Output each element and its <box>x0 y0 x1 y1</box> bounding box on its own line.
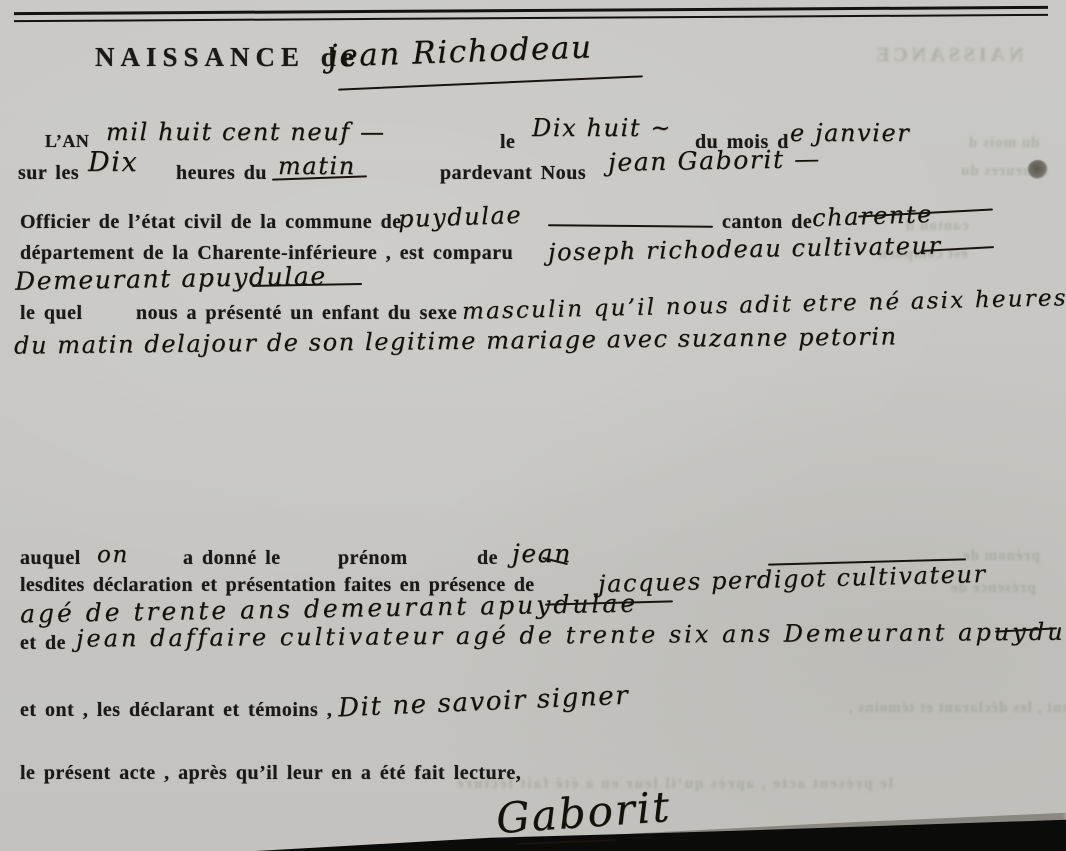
canton-label: canton de <box>722 211 812 234</box>
name-label-auquel: auquel <box>20 547 81 570</box>
form-title: NAISSANCE de <box>95 42 360 73</box>
hour-prefix-label: sur les <box>18 162 79 185</box>
hour-suffix-label: heures du <box>176 162 267 185</box>
commune-entry: puydulae <box>398 201 523 233</box>
title-underline <box>338 75 643 90</box>
commune-label: Officier de l’état civil de la commune d… <box>20 211 402 234</box>
child-sex-birth-entry: masculin qu’il nous adit etre né asix he… <box>462 285 1066 325</box>
closing-label: le présent acte , après qu’il leur en a … <box>20 762 521 785</box>
officiant-label: pardevant Nous <box>440 162 586 185</box>
witness2-entry: jean daffaire cultivateur agé de trente … <box>76 617 1066 652</box>
top-border-rule <box>14 6 1048 22</box>
child-label-lequel: le quel <box>20 302 83 325</box>
name-label-de: de <box>477 547 498 570</box>
commune-fill-line <box>548 224 713 227</box>
officiant-entry: jean Gaborit — <box>608 144 821 177</box>
bleed-through-text: NAISSANCE <box>872 44 1024 67</box>
signing-entry: Dit ne savoir signer <box>337 681 629 724</box>
signing-label: et ont , les déclarant et témoins , <box>20 699 332 722</box>
witness1-entry: jacques perdigot cultivateur <box>598 560 987 598</box>
name-label-prenom: prénom <box>338 547 408 570</box>
witness2-label: et de <box>20 632 66 655</box>
day-entry: Dix huit ~ <box>532 114 672 142</box>
year-entry: mil huit cent neuf — <box>106 118 386 146</box>
name-entry-on: on <box>97 542 129 568</box>
birth-details-entry: du matin delajour de son legitime mariag… <box>14 322 898 359</box>
bleed-through-text: heures du <box>960 163 1032 180</box>
child-fullname-entry: jean Richodeau <box>327 29 593 74</box>
bleed-through-text: du mois d <box>968 135 1040 152</box>
scanned-birth-record-page: NAISSANCE du mois d heures du canton d e… <box>0 0 1066 851</box>
declarant-residence-entry: Demeurant apuydulae <box>15 261 327 295</box>
child-label-presente: nous a présenté un enfant du sexe <box>136 302 457 325</box>
bleed-through-text: et ont , les déclarant et témoins , <box>848 700 1066 717</box>
hour-entry: Dix <box>88 147 138 178</box>
name-label-donne: a donné le <box>183 547 281 570</box>
year-label: L’AN <box>45 131 89 152</box>
month-entry: e janvier <box>790 119 910 147</box>
day-label: le <box>500 131 515 154</box>
